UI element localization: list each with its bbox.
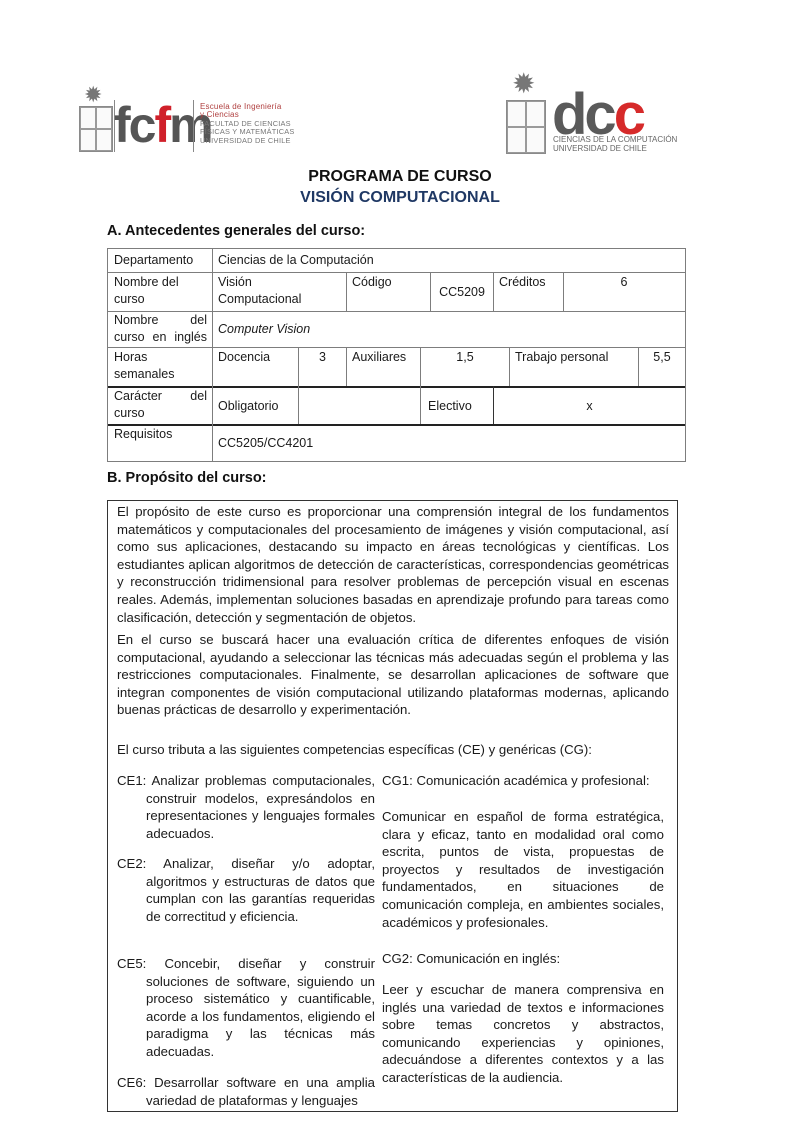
sun-emblem-icon: ✹ <box>84 84 102 106</box>
fcfm-school-text: Escuela de Ingeniería y Ciencias FACULTA… <box>200 103 295 145</box>
nombre-label: Nombre del curso <box>114 274 200 308</box>
competency-ce6: CE6: Desarrollar software en una amplia … <box>117 1074 375 1109</box>
competency-cg2-title: CG2: Comunicación en inglés: <box>382 950 664 968</box>
auxiliares-value: 1,5 <box>421 349 509 366</box>
university-crest-icon <box>79 106 113 152</box>
dcc-department-text: CIENCIAS DE LA COMPUTACIÓN UNIVERSIDAD D… <box>553 135 677 153</box>
nombre-ingles-label: Nombre del curso en inglés <box>114 312 207 346</box>
docencia-label: Docencia <box>218 349 270 366</box>
document-title: PROGRAMA DE CURSO <box>0 168 800 186</box>
caracter-label: Carácter del curso <box>114 388 207 422</box>
fcfm-wordmark: fcfm <box>114 100 212 150</box>
electivo-label: Electivo <box>428 398 472 415</box>
course-info-table: Departamento Ciencias de la Computación … <box>107 248 686 462</box>
trabajo-personal-value: 5,5 <box>639 349 685 366</box>
horas-label: Horas semanales <box>114 349 184 383</box>
codigo-value: CC5209 <box>433 284 491 301</box>
departamento-value: Ciencias de la Computación <box>218 252 374 269</box>
purpose-paragraph: En el curso se buscará hacer una evaluac… <box>117 631 669 719</box>
nombre-value: Visión Computacional <box>218 274 328 308</box>
university-crest-icon <box>506 100 546 154</box>
electivo-value: x <box>494 398 685 415</box>
auxiliares-label: Auxiliares <box>352 349 406 366</box>
purpose-paragraph: El propósito de este curso es proporcion… <box>117 503 669 626</box>
competency-cg1-title: CG1: Comunicación académica y profesiona… <box>382 772 664 790</box>
competency-cg2-text: Leer y escuchar de manera comprensiva en… <box>382 981 664 1087</box>
requisitos-label: Requisitos <box>114 426 172 443</box>
purpose-box: El propósito de este curso es proporcion… <box>107 500 678 1112</box>
creditos-value: 6 <box>564 274 684 291</box>
departamento-label: Departamento <box>114 252 193 269</box>
competency-ce1: CE1: Analizar problemas computacionales,… <box>117 772 375 842</box>
trabajo-personal-label: Trabajo personal <box>515 349 608 366</box>
sun-emblem-icon: ✹ <box>512 70 535 98</box>
section-a-heading: A. Antecedentes generales del curso: <box>107 223 365 239</box>
requisitos-value: CC5205/CC4201 <box>218 435 313 452</box>
docencia-value: 3 <box>299 349 346 366</box>
competency-ce5: CE5: Concebir, diseñar y construir soluc… <box>117 955 375 1061</box>
creditos-label: Créditos <box>499 274 546 291</box>
codigo-label: Código <box>352 274 392 291</box>
obligatorio-label: Obligatorio <box>218 398 278 415</box>
competency-ce2: CE2: Analizar, diseñar y/o adoptar, algo… <box>117 855 375 925</box>
course-title: VISIÓN COMPUTACIONAL <box>0 189 800 207</box>
purpose-paragraph: El curso tributa a las siguientes compet… <box>117 741 669 759</box>
nombre-ingles-value: Computer Vision <box>218 321 310 338</box>
competency-cg1-text: Comunicar en español de forma estratégic… <box>382 808 664 931</box>
section-b-heading: B. Propósito del curso: <box>107 470 267 486</box>
